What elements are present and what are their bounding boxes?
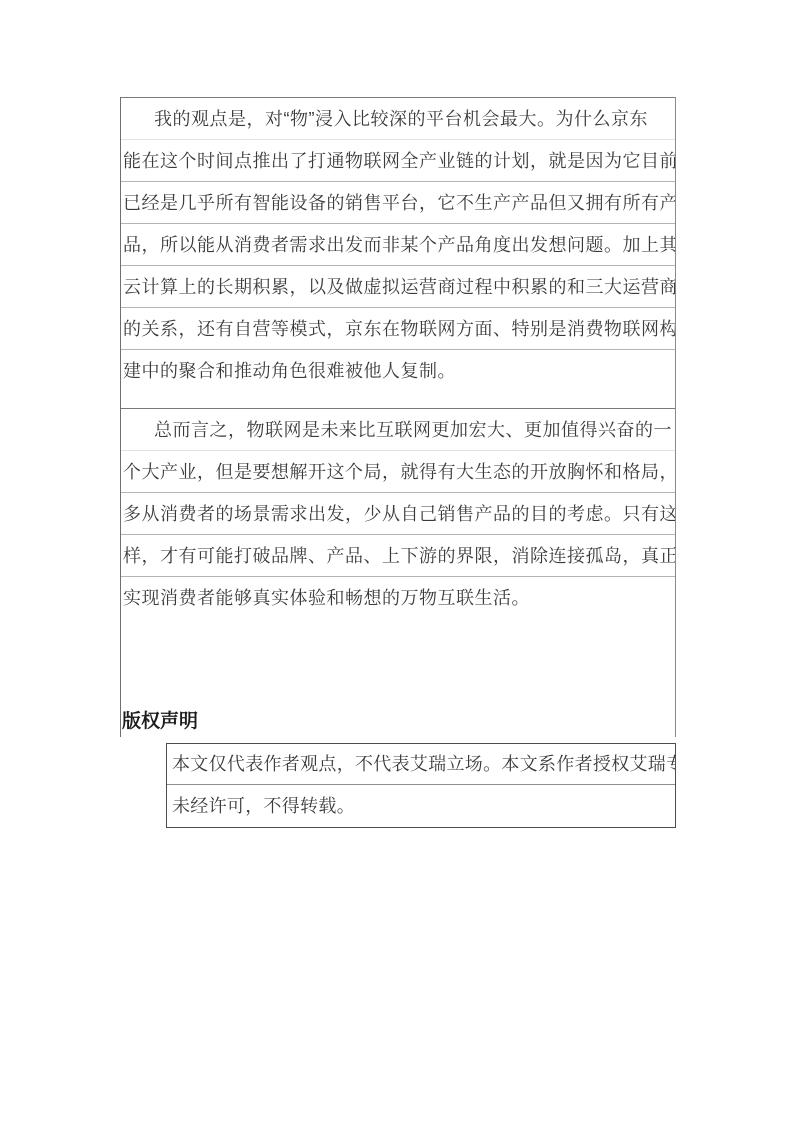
text-line: 样，才有可能打破品牌、产品、上下游的界限，消除连接孤岛，真正 [121,535,675,577]
text-line: 已经是几乎所有智能设备的销售平台，它不生产产品但又拥有所有产 [121,182,675,224]
disclaimer-box: 本文仅代表作者观点，不代表艾瑞立场。本文系作者授权艾瑞专栏发表， 未经许可，不得… [166,743,676,828]
text-line: 实现消费者能够真实体验和畅想的万物互联生活。 [121,577,675,619]
disclaimer-line-1: 本文仅代表作者观点，不代表艾瑞立场。本文系作者授权艾瑞专栏发表， [167,744,675,785]
text-line: 个大产业，但是要想解开这个局，就得有大生态的开放胸怀和格局， [121,451,675,493]
text-line: 能在这个时间点推出了打通物联网全产业链的计划，就是因为它目前 [121,140,675,182]
paragraph-2: 总而言之，物联网是未来比互联网更加宏大、更加值得兴奋的一个大产业，但是要想解开这… [121,408,675,619]
disclaimer-line-2: 未经许可，不得转载。 [167,785,675,827]
article-content-column: 我的观点是，对“物”浸入比较深的平台机会最大。为什么京东能在这个时间点推出了打通… [120,97,676,737]
copyright-heading: 版权声明 [121,710,675,734]
text-line: 云计算上的长期积累，以及做虚拟运营商过程中积累的和三大运营商 [121,266,675,308]
text-line: 多从消费者的场景需求出发，少从自己销售产品的目的考虑。只有这 [121,493,675,535]
text-line: 总而言之，物联网是未来比互联网更加宏大、更加值得兴奋的一 [121,409,675,451]
document-page: 我的观点是，对“物”浸入比较深的平台机会最大。为什么京东能在这个时间点推出了打通… [0,0,794,1123]
paragraph-1: 我的观点是，对“物”浸入比较深的平台机会最大。为什么京东能在这个时间点推出了打通… [121,97,675,408]
text-line: 品，所以能从消费者需求出发而非某个产品角度出发想问题。加上其 [121,224,675,266]
text-line: 我的观点是，对“物”浸入比较深的平台机会最大。为什么京东 [121,98,675,140]
text-line: 建中的聚合和推动角色很难被他人复制。 [121,350,675,392]
text-line: 的关系，还有自营等模式，京东在物联网方面、特别是消费物联网构 [121,308,675,350]
